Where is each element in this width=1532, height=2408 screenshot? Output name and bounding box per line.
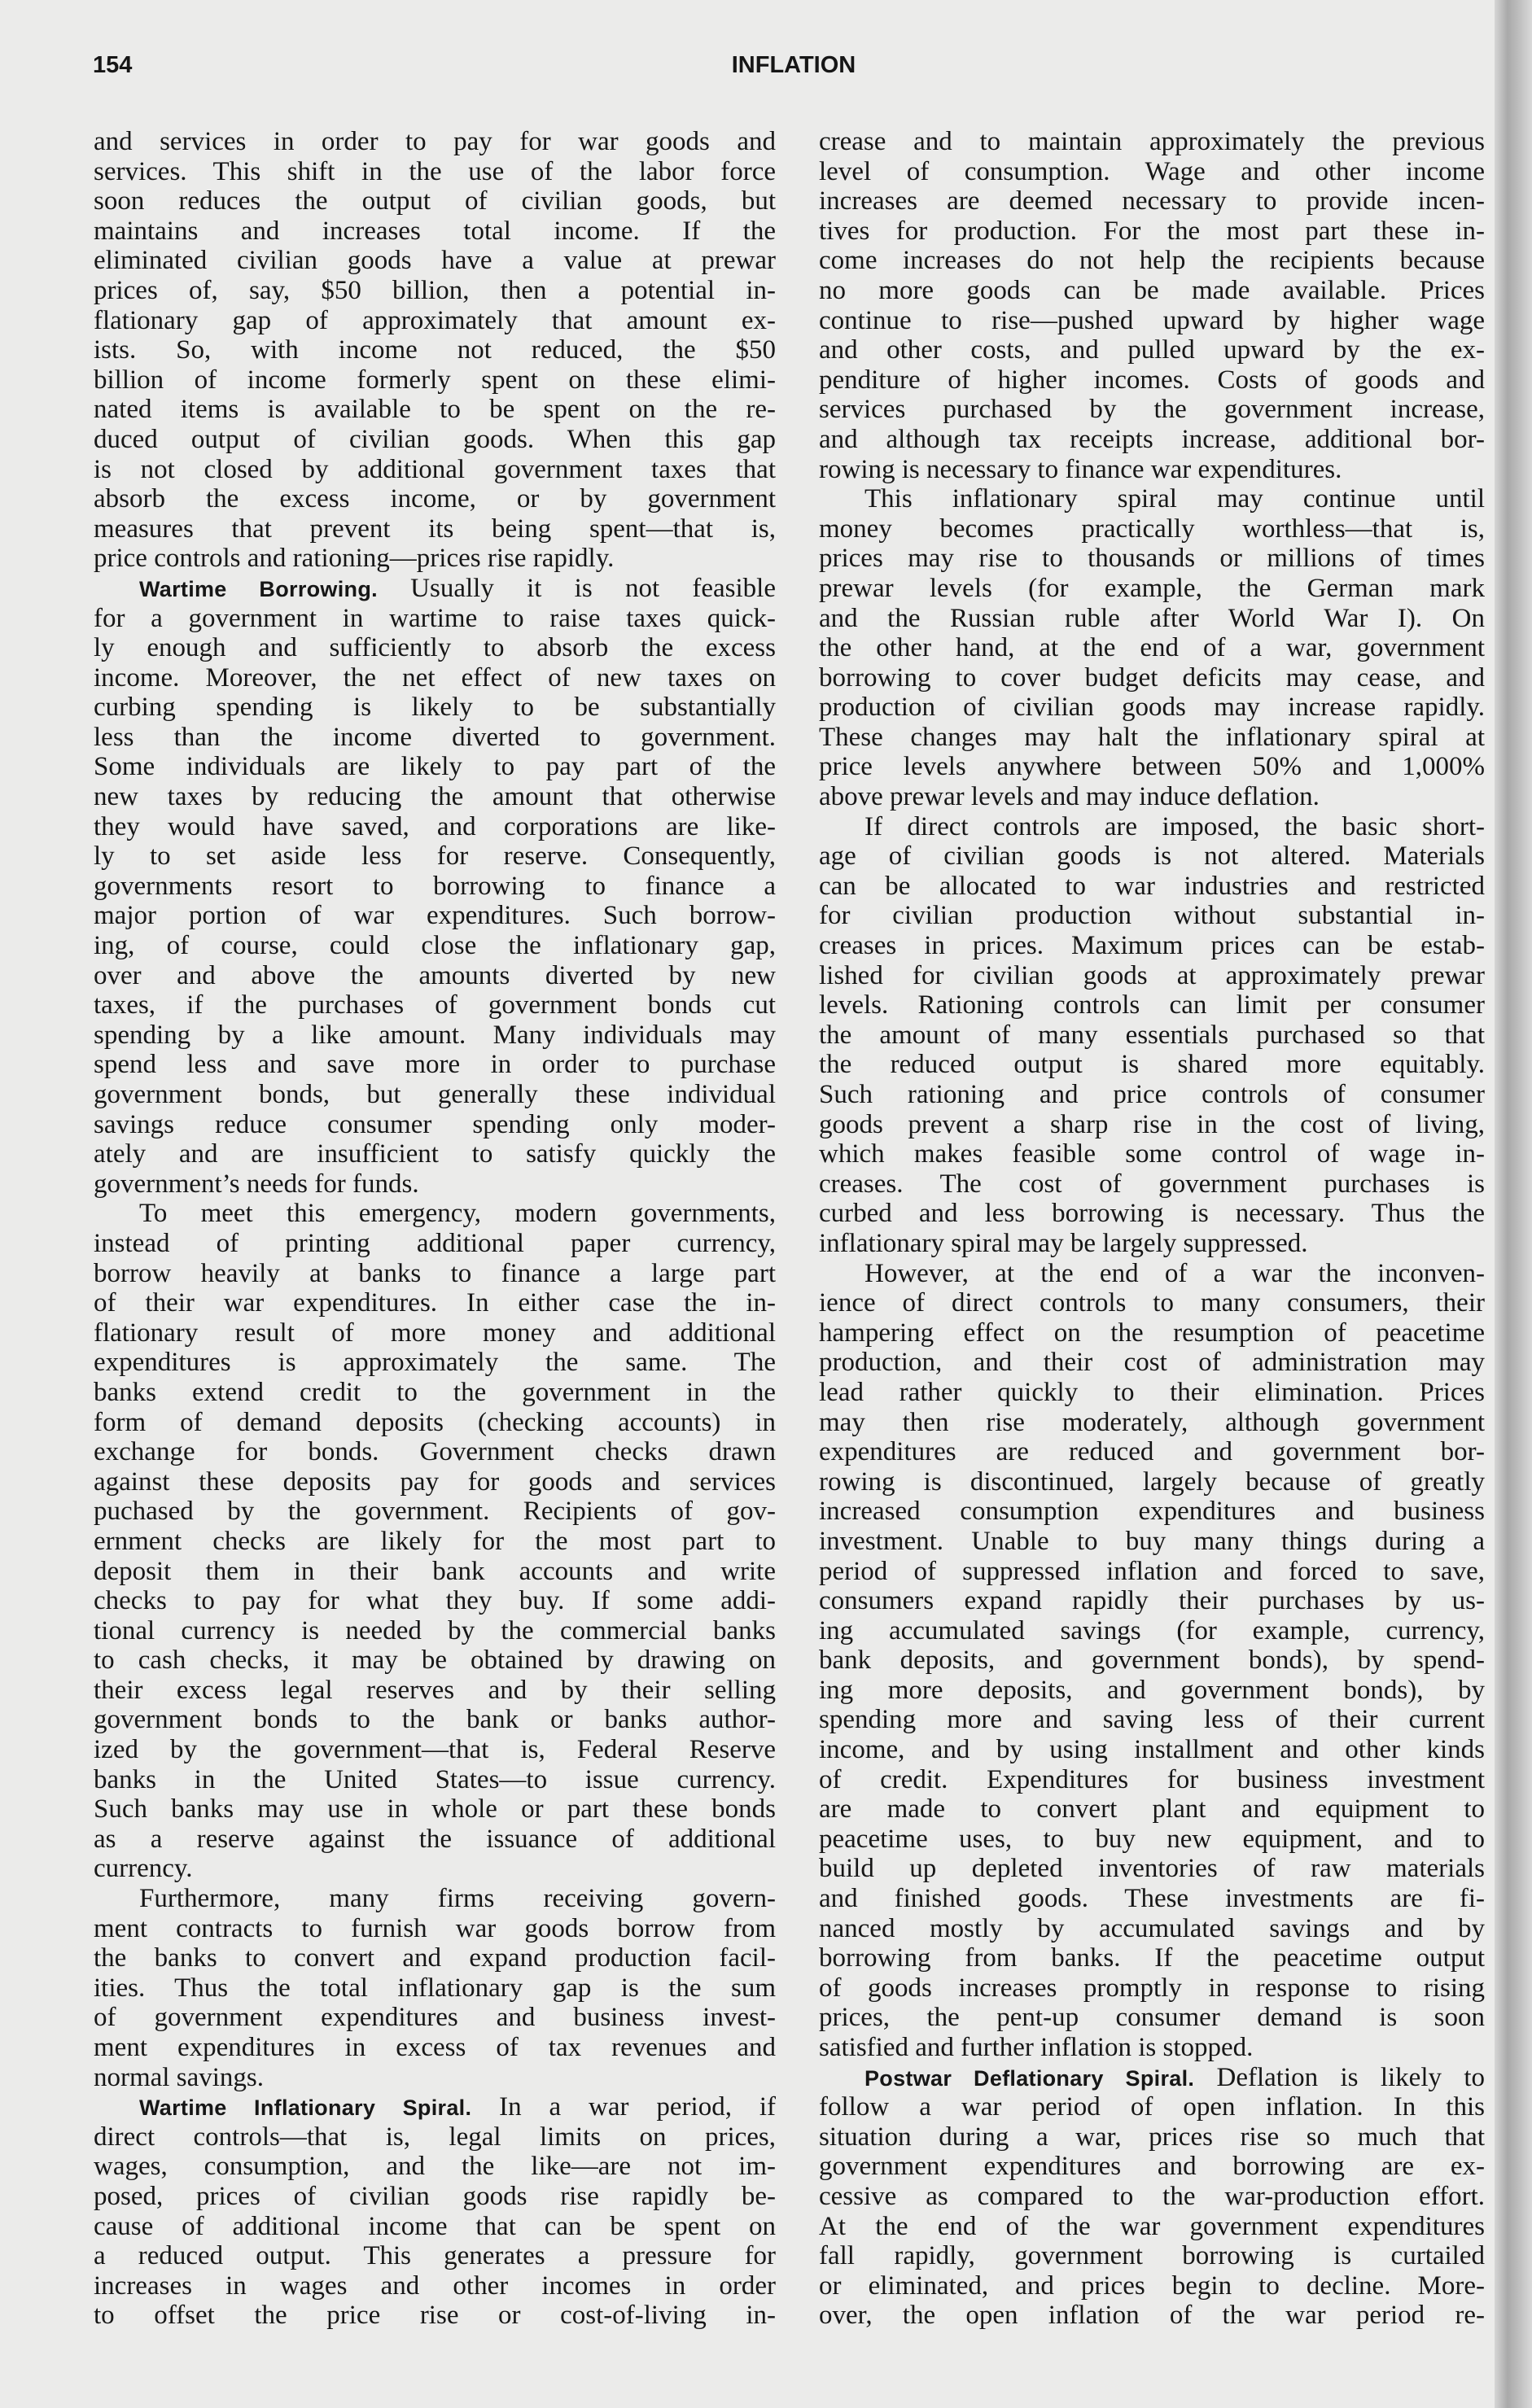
text-line: the other hand, at the end of a war, gov… (819, 633, 1485, 663)
line-text: checks to pay for what they buy. If some… (94, 1586, 776, 1615)
text-line: ing accumulated savings (for example, cu… (819, 1616, 1485, 1646)
text-line: prewar levels (for example, the German m… (819, 574, 1485, 604)
text-line: tives for production. For the most part … (819, 216, 1485, 247)
text-line: as a reserve against the issuance of add… (94, 1825, 776, 1855)
line-text: may then rise moderately, although gover… (819, 1408, 1485, 1437)
line-text: instead of printing additional paper cur… (94, 1229, 776, 1258)
line-text: absorb the excess income, or by governme… (94, 484, 776, 514)
line-text: bank deposits, and government bonds), by… (819, 1645, 1485, 1675)
text-line: increases in wages and other incomes in … (94, 2271, 776, 2301)
text-line: and services in order to pay for war goo… (94, 127, 776, 157)
line-text: to offset the price rise or cost-of-livi… (94, 2301, 776, 2330)
text-line: ment contracts to furnish war goods borr… (94, 1914, 776, 1944)
line-text: increases in wages and other incomes in … (94, 2271, 776, 2301)
line-text: ities. Thus the total inflationary gap i… (94, 1973, 776, 2003)
text-line: cause of additional income that can be s… (94, 2212, 776, 2242)
text-line: flationary result of more money and addi… (94, 1318, 776, 1348)
line-text: ly enough and sufficiently to absorb the… (94, 633, 776, 662)
text-line: creases. The cost of government purchase… (819, 1169, 1485, 1200)
book-binding-shadow (1495, 0, 1532, 2408)
text-line: production, and their cost of administra… (819, 1348, 1485, 1378)
text-line: income. Moreover, the net effect of new … (94, 663, 776, 693)
text-line: the amount of many essentials purchased … (819, 1020, 1485, 1051)
text-line: duced output of civilian goods. When thi… (94, 425, 776, 455)
text-line: and the Russian ruble after World War I)… (819, 604, 1485, 634)
text-line: come increases do not help the recipient… (819, 246, 1485, 276)
line-text: and services in order to pay for war goo… (94, 127, 776, 156)
line-text: over, the open inflation of the war peri… (819, 2301, 1485, 2330)
text-line: measures that prevent its being spent—th… (94, 514, 776, 544)
text-line: income, and by using installment and oth… (819, 1735, 1485, 1765)
line-text: At the end of the war government expendi… (819, 2212, 1485, 2241)
line-text: spending by a like amount. Many individu… (94, 1020, 776, 1050)
text-line: To meet this emergency, modern governmen… (94, 1199, 776, 1229)
text-line: currency. (94, 1854, 776, 1884)
section-heading: Postwar Deflationary Spiral. (864, 2066, 1194, 2091)
text-line: lead rather quickly to their elimination… (819, 1378, 1485, 1408)
text-line: over and above the amounts diverted by n… (94, 961, 776, 991)
text-line: crease and to maintain approximately the… (819, 127, 1485, 157)
text-line: Postwar Deflationary Spiral. Deflation i… (819, 2063, 1485, 2093)
text-line: price levels anywhere between 50% and 1,… (819, 752, 1485, 782)
line-text: ing accumulated savings (for example, cu… (819, 1616, 1485, 1645)
line-text: and although tax receipts increase, addi… (819, 425, 1485, 454)
text-line: build up depleted inventories of raw mat… (819, 1854, 1485, 1884)
line-text: expenditures are reduced and government … (819, 1437, 1485, 1466)
line-text: the amount of many essentials purchased … (819, 1020, 1485, 1050)
line-text: the other hand, at the end of a war, gov… (819, 633, 1485, 662)
text-line: direct controls—that is, legal limits on… (94, 2122, 776, 2152)
text-line: lished for civilian goods at approximate… (819, 961, 1485, 991)
text-line: However, at the end of a war the inconve… (819, 1259, 1485, 1289)
line-text: form of demand deposits (checking accoun… (94, 1408, 776, 1437)
text-line: price controls and rationing—prices rise… (94, 544, 776, 574)
line-text: ately and are insufficient to satisfy qu… (94, 1139, 776, 1169)
text-line: borrowing from banks. If the peacetime o… (819, 1943, 1485, 1973)
line-text: currency. (94, 1854, 193, 1883)
text-line: rowing is discontinued, largely because … (819, 1467, 1485, 1497)
line-text: goods prevent a sharp rise in the cost o… (819, 1110, 1485, 1139)
text-line: for a government in wartime to raise tax… (94, 604, 776, 634)
line-text: ing, of course, could close the inflatio… (94, 931, 776, 960)
text-line: rowing is necessary to finance war expen… (819, 455, 1485, 485)
line-text: Usually it is not feasible (378, 574, 776, 603)
text-line: ities. Thus the total inflationary gap i… (94, 1973, 776, 2004)
text-line: satisfied and further inflation is stopp… (819, 2033, 1485, 2063)
text-line: above prewar levels and may induce defla… (819, 782, 1485, 812)
text-line: curbing spending is likely to be substan… (94, 693, 776, 723)
line-text: posed, prices of civilian goods rise rap… (94, 2182, 776, 2211)
line-text: normal savings. (94, 2063, 264, 2092)
line-text: If direct controls are imposed, the basi… (864, 812, 1485, 841)
line-text: money becomes practically worthless—that… (819, 514, 1485, 544)
text-line: ized by the government—that is, Federal … (94, 1735, 776, 1765)
line-text: they would have saved, and corporations … (94, 812, 776, 841)
line-text: price controls and rationing—prices rise… (94, 544, 614, 573)
text-line: production of civilian goods may increas… (819, 693, 1485, 723)
text-line: ly to set aside less for reserve. Conseq… (94, 841, 776, 872)
text-line: for civilian production without substant… (819, 901, 1485, 931)
line-text: Such banks may use in whole or part thes… (94, 1794, 776, 1824)
text-line: This inflationary spiral may continue un… (819, 484, 1485, 514)
text-line: deposit them in their bank accounts and … (94, 1557, 776, 1587)
line-text: prewar levels (for example, the German m… (819, 574, 1485, 603)
line-text: billion of income formerly spent on thes… (94, 365, 776, 395)
text-line: Wartime Borrowing. Usually it is not fea… (94, 574, 776, 604)
line-text: This inflationary spiral may continue un… (864, 484, 1485, 514)
line-text: ernment checks are likely for the most p… (94, 1527, 776, 1556)
line-text: direct controls—that is, legal limits on… (94, 2122, 776, 2152)
line-text: period of suppressed inflation and force… (819, 1557, 1485, 1586)
line-text: savings reduce consumer spending only mo… (94, 1110, 776, 1139)
line-text: less than the income diverted to governm… (94, 723, 776, 752)
line-text: banks in the United States—to issue curr… (94, 1765, 776, 1794)
text-line: new taxes by reducing the amount that ot… (94, 782, 776, 812)
text-line: soon reduces the output of civilian good… (94, 186, 776, 216)
text-line: government bonds, but generally these in… (94, 1080, 776, 1110)
text-line: banks extend credit to the government in… (94, 1378, 776, 1408)
text-line: cessive as compared to the war-productio… (819, 2182, 1485, 2212)
text-line: borrowing to cover budget deficits may c… (819, 663, 1485, 693)
line-text: and other costs, and pulled upward by th… (819, 335, 1485, 365)
text-line: ing, of course, could close the inflatio… (94, 931, 776, 961)
line-text: deposit them in their bank accounts and … (94, 1557, 776, 1586)
text-line: Some individuals are likely to pay part … (94, 752, 776, 782)
line-text: government bonds, but generally these in… (94, 1080, 776, 1109)
text-line: level of consumption. Wage and other inc… (819, 157, 1485, 187)
text-line: posed, prices of civilian goods rise rap… (94, 2182, 776, 2212)
text-line: their excess legal reserves and by their… (94, 1676, 776, 1706)
text-line: expenditures are reduced and government … (819, 1437, 1485, 1467)
line-text: consumers expand rapidly their purchases… (819, 1586, 1485, 1615)
line-text: borrow heavily at banks to finance a lar… (94, 1259, 776, 1288)
line-text: hampering effect on the resumption of pe… (819, 1318, 1485, 1348)
text-line: banks in the United States—to issue curr… (94, 1765, 776, 1795)
text-line: less than the income diverted to governm… (94, 723, 776, 753)
line-text: for a government in wartime to raise tax… (94, 604, 776, 633)
text-line: ists. So, with income not reduced, the $… (94, 335, 776, 365)
text-line: services. This shift in the use of the l… (94, 157, 776, 187)
text-line: These changes may halt the inflationary … (819, 723, 1485, 753)
line-text: exchange for bonds. Government checks dr… (94, 1437, 776, 1466)
line-text: prices of, say, $50 billion, then a pote… (94, 276, 776, 305)
line-text: major portion of war expenditures. Such … (94, 901, 776, 930)
text-line: can be allocated to war industries and r… (819, 872, 1485, 902)
text-line: they would have saved, and corporations … (94, 812, 776, 842)
text-line: puchased by the government. Recipients o… (94, 1497, 776, 1527)
text-line: situation during a war, prices rise so m… (819, 2122, 1485, 2152)
line-text: their excess legal reserves and by their… (94, 1676, 776, 1705)
text-line: form of demand deposits (checking accoun… (94, 1408, 776, 1438)
text-line: ing more deposits, and government bonds)… (819, 1676, 1485, 1706)
line-text: satisfied and further inflation is stopp… (819, 2033, 1253, 2062)
line-text: of goods increases promptly in response … (819, 1973, 1485, 2003)
text-line: may then rise moderately, although gover… (819, 1408, 1485, 1438)
line-text: fall rapidly, government borrowing is cu… (819, 2241, 1485, 2270)
text-line: borrow heavily at banks to finance a lar… (94, 1259, 776, 1289)
text-line: money becomes practically worthless—that… (819, 514, 1485, 544)
text-line: is not closed by additional government t… (94, 455, 776, 485)
text-line: major portion of war expenditures. Such … (94, 901, 776, 931)
line-text: and the Russian ruble after World War I)… (819, 604, 1485, 633)
text-line: are made to convert plant and equipment … (819, 1794, 1485, 1825)
text-line: spending more and saving less of their c… (819, 1705, 1485, 1735)
text-line: follow a war period of open inflation. I… (819, 2092, 1485, 2122)
line-text: which makes feasible some control of wag… (819, 1139, 1485, 1169)
text-line: investment. Unable to buy many things du… (819, 1527, 1485, 1557)
text-line: spend less and save more in order to pur… (94, 1050, 776, 1080)
text-line: Such banks may use in whole or part thes… (94, 1794, 776, 1825)
line-text: to cash checks, it may be obtained by dr… (94, 1645, 776, 1675)
text-line: ience of direct controls to many consume… (819, 1288, 1485, 1318)
text-line: the banks to convert and expand producti… (94, 1943, 776, 1973)
text-line: savings reduce consumer spending only mo… (94, 1110, 776, 1140)
line-text: creases in prices. Maximum prices can be… (819, 931, 1485, 960)
text-line: and other costs, and pulled upward by th… (819, 335, 1485, 365)
text-line: to offset the price rise or cost-of-livi… (94, 2301, 776, 2331)
line-text: level of consumption. Wage and other inc… (819, 157, 1485, 186)
line-text: ience of direct controls to many consume… (819, 1288, 1485, 1318)
text-line: the reduced output is shared more equita… (819, 1050, 1485, 1080)
line-text: puchased by the government. Recipients o… (94, 1497, 776, 1526)
text-line: absorb the excess income, or by governme… (94, 484, 776, 514)
text-line: nated items is available to be spent on … (94, 395, 776, 425)
line-text: for civilian production without substant… (819, 901, 1485, 930)
text-line: goods prevent a sharp rise in the cost o… (819, 1110, 1485, 1140)
line-text: price levels anywhere between 50% and 1,… (819, 752, 1485, 781)
text-line: Furthermore, many firms receiving govern… (94, 1884, 776, 1914)
text-line: of government expenditures and business … (94, 2003, 776, 2033)
line-text: investment. Unable to buy many things du… (819, 1527, 1485, 1556)
text-line: governments resort to borrowing to finan… (94, 872, 776, 902)
right-column: crease and to maintain approximately the… (819, 127, 1485, 2331)
line-text: services. This shift in the use of the l… (94, 157, 776, 186)
left-column: and services in order to pay for war goo… (94, 127, 776, 2331)
line-text: tives for production. For the most part … (819, 216, 1485, 246)
line-text: prices, the pent-up consumer demand is s… (819, 2003, 1485, 2032)
line-text: rowing is necessary to finance war expen… (819, 455, 1342, 484)
text-line: peacetime uses, to buy new equipment, an… (819, 1825, 1485, 1855)
line-text: Furthermore, many firms receiving govern… (139, 1884, 776, 1913)
line-text: new taxes by reducing the amount that ot… (94, 782, 776, 811)
line-text: services purchased by the government inc… (819, 395, 1485, 424)
line-text: spend less and save more in order to pur… (94, 1050, 776, 1079)
line-text: above prewar levels and may induce defla… (819, 782, 1320, 811)
text-line: If direct controls are imposed, the basi… (819, 812, 1485, 842)
line-text: government expenditures and borrowing ar… (819, 2152, 1485, 2181)
line-text: soon reduces the output of civilian good… (94, 186, 776, 216)
text-line: against these deposits pay for goods and… (94, 1467, 776, 1497)
line-text: In a war period, if (471, 2092, 776, 2122)
line-text: To meet this emergency, modern governmen… (139, 1199, 776, 1228)
text-line: expenditures is approximately the same. … (94, 1348, 776, 1378)
line-text: borrowing from banks. If the peacetime o… (819, 1943, 1485, 1973)
line-text: creases. The cost of government purchase… (819, 1169, 1485, 1199)
line-text: duced output of civilian goods. When thi… (94, 425, 776, 454)
line-text: curbed and less borrowing is necessary. … (819, 1199, 1485, 1228)
section-heading: Wartime Borrowing. (139, 577, 378, 601)
line-text: Some individuals are likely to pay part … (94, 752, 776, 781)
line-text: inflationary spiral may be largely suppr… (819, 1229, 1308, 1258)
text-line: levels. Rationing controls can limit per… (819, 990, 1485, 1020)
line-text: of government expenditures and business … (94, 2003, 776, 2032)
text-line: of their war expenditures. In either cas… (94, 1288, 776, 1318)
text-line: wages, consumption, and the like—are not… (94, 2152, 776, 2182)
text-line: flationary gap of approximately that amo… (94, 306, 776, 336)
line-text: of credit. Expenditures for business inv… (819, 1765, 1485, 1794)
text-line: ment expenditures in excess of tax reven… (94, 2033, 776, 2063)
text-line: eliminated civilian goods have a value a… (94, 246, 776, 276)
text-line: prices of, say, $50 billion, then a pote… (94, 276, 776, 306)
text-line: of credit. Expenditures for business inv… (819, 1765, 1485, 1795)
text-line: continue to rise—pushed upward by higher… (819, 306, 1485, 336)
line-text: eliminated civilian goods have a value a… (94, 246, 776, 275)
text-line: maintains and increases total income. If… (94, 216, 776, 247)
text-line: period of suppressed inflation and force… (819, 1557, 1485, 1587)
line-text: government’s needs for funds. (94, 1169, 419, 1199)
text-line: checks to pay for what they buy. If some… (94, 1586, 776, 1616)
line-text: government bonds to the bank or banks au… (94, 1705, 776, 1734)
text-line: fall rapidly, government borrowing is cu… (819, 2241, 1485, 2271)
line-text: come increases do not help the recipient… (819, 246, 1485, 275)
line-text: governments resort to borrowing to finan… (94, 872, 776, 901)
text-line: nanced mostly by accumulated savings and… (819, 1914, 1485, 1944)
text-line: to cash checks, it may be obtained by dr… (94, 1645, 776, 1676)
line-text: However, at the end of a war the inconve… (864, 1259, 1485, 1288)
line-text: ment expenditures in excess of tax reven… (94, 2033, 776, 2062)
line-text: situation during a war, prices rise so m… (819, 2122, 1485, 2152)
line-text: These changes may halt the inflationary … (819, 723, 1485, 752)
line-text: cause of additional income that can be s… (94, 2212, 776, 2241)
text-line: of goods increases promptly in response … (819, 1973, 1485, 2004)
text-line: At the end of the war government expendi… (819, 2212, 1485, 2242)
line-text: ized by the government—that is, Federal … (94, 1735, 776, 1764)
line-text: ing more deposits, and government bonds)… (819, 1676, 1485, 1705)
text-line: ly enough and sufficiently to absorb the… (94, 633, 776, 663)
text-line: taxes, if the purchases of government bo… (94, 990, 776, 1020)
text-line: creases in prices. Maximum prices can be… (819, 931, 1485, 961)
running-head: INFLATION (0, 52, 1532, 79)
text-line: spending by a like amount. Many individu… (94, 1020, 776, 1051)
line-text: can be allocated to war industries and r… (819, 872, 1485, 901)
line-text: crease and to maintain approximately the… (819, 127, 1485, 156)
line-text: as a reserve against the issuance of add… (94, 1825, 776, 1854)
line-text: banks extend credit to the government in… (94, 1378, 776, 1407)
text-line: a reduced output. This generates a press… (94, 2241, 776, 2271)
text-line: tional currency is needed by the commerc… (94, 1616, 776, 1646)
line-text: expenditures is approximately the same. … (94, 1348, 776, 1377)
text-line: exchange for bonds. Government checks dr… (94, 1437, 776, 1467)
text-line: no more goods can be made available. Pri… (819, 276, 1485, 306)
line-text: nanced mostly by accumulated savings and… (819, 1914, 1485, 1943)
text-line: increased consumption expenditures and b… (819, 1497, 1485, 1527)
text-line: and although tax receipts increase, addi… (819, 425, 1485, 455)
line-text: income. Moreover, the net effect of new … (94, 663, 776, 693)
line-text: ly to set aside less for reserve. Conseq… (94, 841, 776, 871)
text-line: penditure of higher incomes. Costs of go… (819, 365, 1485, 396)
line-text: wages, consumption, and the like—are not… (94, 2152, 776, 2181)
text-line: government’s needs for funds. (94, 1169, 776, 1200)
line-text: over and above the amounts diverted by n… (94, 961, 776, 990)
line-text: cessive as compared to the war-productio… (819, 2182, 1485, 2211)
text-line: consumers expand rapidly their purchases… (819, 1586, 1485, 1616)
line-text: lead rather quickly to their elimination… (819, 1378, 1485, 1407)
text-line: government expenditures and borrowing ar… (819, 2152, 1485, 2182)
line-text: of their war expenditures. In either cas… (94, 1288, 776, 1318)
text-line: Such rationing and price controls of con… (819, 1080, 1485, 1110)
line-text: are made to convert plant and equipment … (819, 1794, 1485, 1824)
line-text: continue to rise—pushed upward by higher… (819, 306, 1485, 335)
text-line: which makes feasible some control of wag… (819, 1139, 1485, 1169)
line-text: curbing spending is likely to be substan… (94, 693, 776, 722)
line-text: nated items is available to be spent on … (94, 395, 776, 424)
line-text: income, and by using installment and oth… (819, 1735, 1485, 1764)
text-line: prices, the pent-up consumer demand is s… (819, 2003, 1485, 2033)
line-text: the banks to convert and expand producti… (94, 1943, 776, 1973)
text-line: curbed and less borrowing is necessary. … (819, 1199, 1485, 1229)
line-text: lished for civilian goods at approximate… (819, 961, 1485, 990)
text-line: hampering effect on the resumption of pe… (819, 1318, 1485, 1348)
line-text: borrowing to cover budget deficits may c… (819, 663, 1485, 693)
line-text: levels. Rationing controls can limit per… (819, 990, 1485, 1020)
text-line: government bonds to the bank or banks au… (94, 1705, 776, 1735)
line-text: Such rationing and price controls of con… (819, 1080, 1485, 1109)
line-text: is not closed by additional government t… (94, 455, 776, 484)
line-text: no more goods can be made available. Pri… (819, 276, 1485, 305)
line-text: tional currency is needed by the commerc… (94, 1616, 776, 1645)
line-text: rowing is discontinued, largely because … (819, 1467, 1485, 1497)
line-text: flationary result of more money and addi… (94, 1318, 776, 1348)
line-text: against these deposits pay for goods and… (94, 1467, 776, 1497)
line-text: prices may rise to thousands or millions… (819, 544, 1485, 573)
line-text: ists. So, with income not reduced, the $… (94, 335, 776, 365)
line-text: maintains and increases total income. If… (94, 216, 776, 246)
line-text: peacetime uses, to buy new equipment, an… (819, 1825, 1485, 1854)
text-line: over, the open inflation of the war peri… (819, 2301, 1485, 2331)
text-line: inflationary spiral may be largely suppr… (819, 1229, 1485, 1259)
line-text: ment contracts to furnish war goods borr… (94, 1914, 776, 1943)
text-line: or eliminated, and prices begin to decli… (819, 2271, 1485, 2301)
line-text: build up depleted inventories of raw mat… (819, 1854, 1485, 1883)
line-text: the reduced output is shared more equita… (819, 1050, 1485, 1079)
text-line: billion of income formerly spent on thes… (94, 365, 776, 396)
line-text: flationary gap of approximately that amo… (94, 306, 776, 335)
text-line: prices may rise to thousands or millions… (819, 544, 1485, 574)
section-heading: Wartime Inflationary Spiral. (139, 2096, 471, 2120)
line-text: spending more and saving less of their c… (819, 1705, 1485, 1734)
text-line: and finished goods. These investments ar… (819, 1884, 1485, 1914)
line-text: production, and their cost of administra… (819, 1348, 1485, 1377)
text-line: normal savings. (94, 2063, 776, 2093)
line-text: follow a war period of open inflation. I… (819, 2092, 1485, 2122)
line-text: a reduced output. This generates a press… (94, 2241, 776, 2270)
line-text: increased consumption expenditures and b… (819, 1497, 1485, 1526)
text-line: Wartime Inflationary Spiral. In a war pe… (94, 2092, 776, 2122)
text-line: ately and are insufficient to satisfy qu… (94, 1139, 776, 1169)
line-text: penditure of higher incomes. Costs of go… (819, 365, 1485, 395)
line-text: taxes, if the purchases of government bo… (94, 990, 776, 1020)
line-text: Deflation is likely to (1194, 2063, 1485, 2092)
line-text: and finished goods. These investments ar… (819, 1884, 1485, 1913)
text-line: age of civilian goods is not altered. Ma… (819, 841, 1485, 872)
line-text: increases are deemed necessary to provid… (819, 186, 1485, 216)
line-text: production of civilian goods may increas… (819, 693, 1485, 722)
line-text: age of civilian goods is not altered. Ma… (819, 841, 1485, 871)
text-line: bank deposits, and government bonds), by… (819, 1645, 1485, 1676)
line-text: measures that prevent its being spent—th… (94, 514, 776, 544)
text-line: services purchased by the government inc… (819, 395, 1485, 425)
line-text: or eliminated, and prices begin to decli… (819, 2271, 1485, 2301)
